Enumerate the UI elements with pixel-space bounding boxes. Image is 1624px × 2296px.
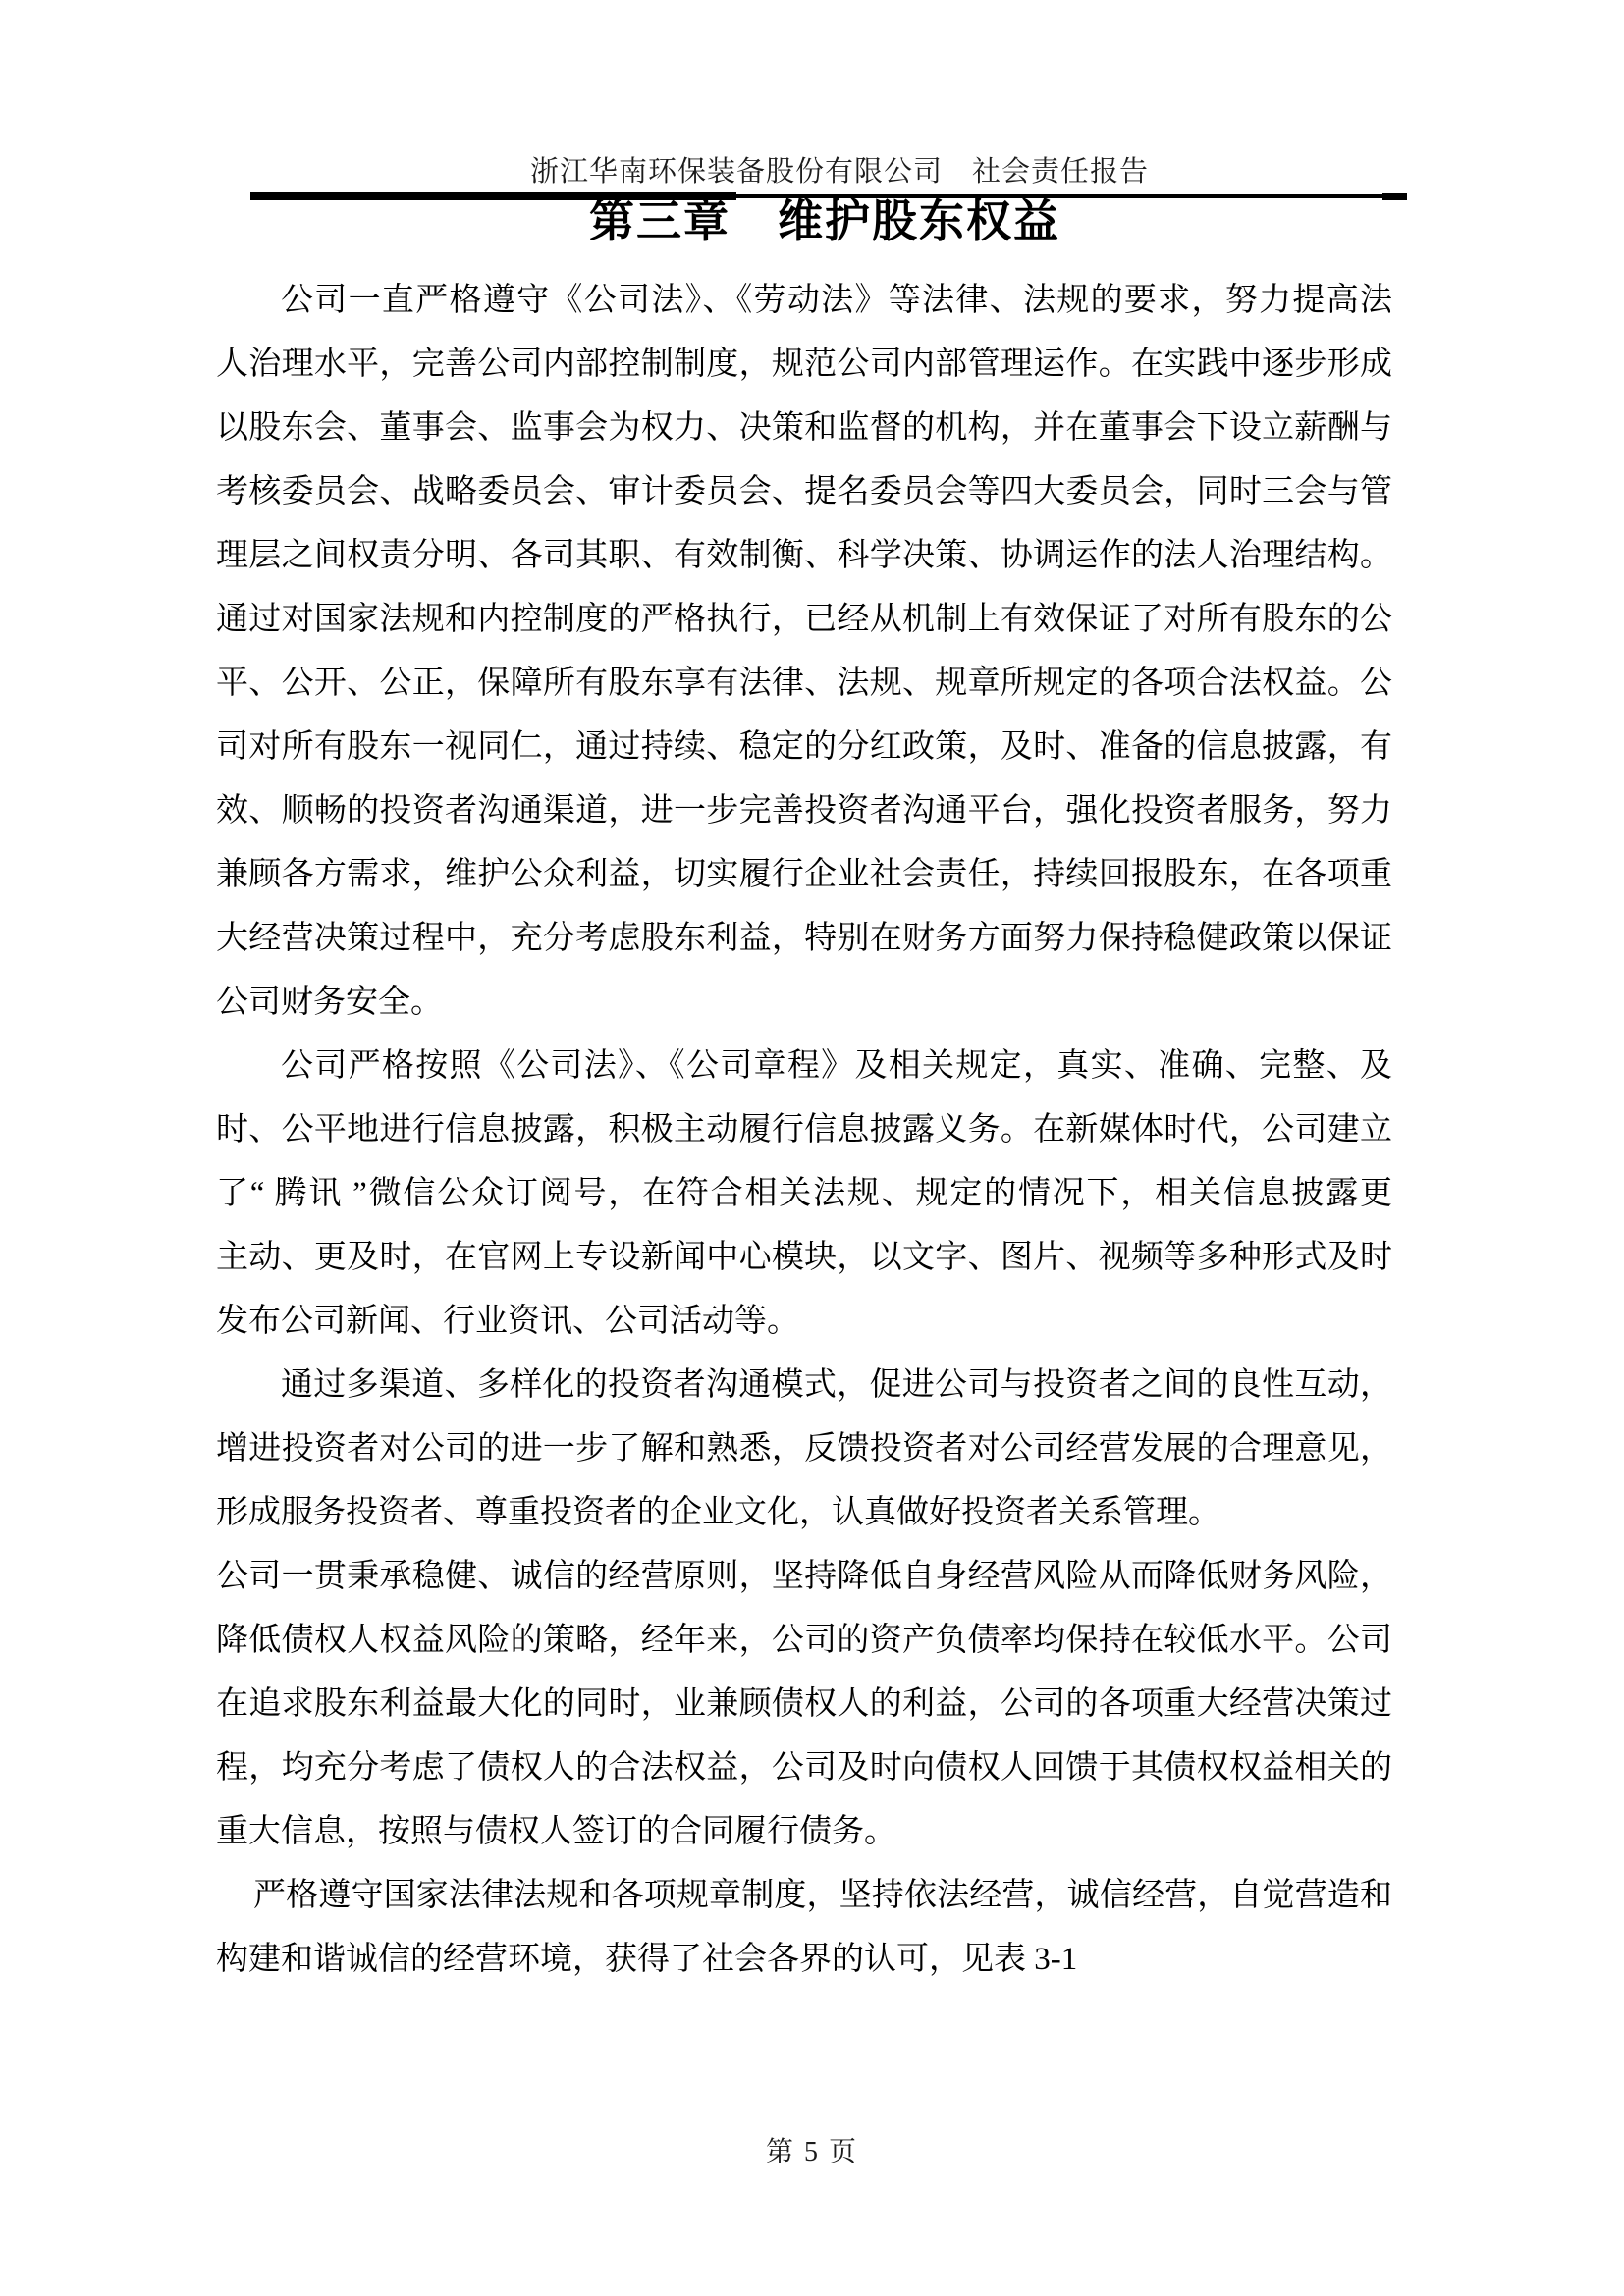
body-line: 在追求股东利益最大化的同时，业兼顾债权人的利益，公司的各项重大经营决策过 — [216, 1673, 1392, 1736]
body-line: 公司一直严格遵守《公司法》、《劳动法》等法律、法规的要求，努力提高法 — [216, 269, 1392, 333]
body-line: 平、公开、公正，保障所有股东享有法律、法规、规章所规定的各项合法权益。公 — [216, 652, 1392, 716]
body-line: 人治理水平，完善公司内部控制制度，规范公司内部管理运作。在实践中逐步形成 — [216, 333, 1392, 397]
body-line: 通过多渠道、多样化的投资者沟通模式，促进公司与投资者之间的良性互动， — [216, 1354, 1392, 1417]
body-line: 了“ 腾讯 ”微信公众订阅号，在符合相关法规、规定的情况下，相关信息披露更 — [216, 1162, 1392, 1226]
body-line: 时、公平地进行信息披露，积极主动履行信息披露义务。在新媒体时代，公司建立 — [216, 1098, 1392, 1162]
body-line: 效、顺畅的投资者沟通渠道，进一步完善投资者沟通平台，强化投资者服务，努力 — [216, 779, 1392, 843]
body-line: 理层之间权责分明、各司其职、有效制衡、科学决策、协调运作的法人治理结构。 — [216, 524, 1392, 588]
body-line: 公司一贯秉承稳健、诚信的经营原则，坚持降低自身经营风险从而降低财务风险， — [216, 1545, 1392, 1609]
body-line: 公司严格按照《公司法》、《公司章程》及相关规定，真实、准确、完整、及 — [216, 1035, 1392, 1098]
page-number: 第 5 页 — [0, 2136, 1624, 2169]
body-line: 司对所有股东一视同仁，通过持续、稳定的分红政策，及时、准备的信息披露，有 — [216, 716, 1392, 779]
body-line: 重大信息，按照与债权人签订的合同履行债务。 — [216, 1800, 1392, 1864]
body-line: 增进投资者对公司的进一步了解和熟悉，反馈投资者对公司经营发展的合理意见， — [216, 1417, 1392, 1481]
body-line: 严格遵守国家法律法规和各项规章制度，坚持依法经营，诚信经营，自觉营造和 — [216, 1864, 1392, 1928]
chapter-title: 第三章 维护股东权益 — [13, 196, 1624, 247]
body-lines: 公司一直严格遵守《公司法》、《劳动法》等法律、法规的要求，努力提高法人治理水平，… — [216, 269, 1392, 1992]
page-header: 浙江华南环保装备股份有限公司 社会责任报告 — [530, 155, 1149, 188]
body-line: 降低债权人权益风险的策略，经年来，公司的资产负债率均保持在较低水平。公司 — [216, 1609, 1392, 1673]
body-line: 通过对国家法规和内控制度的严格执行，已经从机制上有效保证了对所有股东的公 — [216, 588, 1392, 652]
body-line: 构建和谐诚信的经营环境，获得了社会各界的认可，见表 3-1 — [216, 1928, 1392, 1992]
body-line: 形成服务投资者、尊重投资者的企业文化，认真做好投资者关系管理。 — [216, 1481, 1392, 1545]
body-line: 主动、更及时，在官网上专设新闻中心模块，以文字、图片、视频等多种形式及时 — [216, 1226, 1392, 1290]
body-line: 考核委员会、战略委员会、审计委员会、提名委员会等四大委员会，同时三会与管 — [216, 460, 1392, 524]
body-line: 兼顾各方需求，维护公众利益，切实履行企业社会责任，持续回报股东，在各项重 — [216, 843, 1392, 907]
report-page: 浙江华南环保装备股份有限公司 社会责任报告 第三章 维护股东权益 公司一直严格遵… — [0, 0, 1624, 2296]
body-line: 程，均充分考虑了债权人的合法权益，公司及时向债权人回馈于其债权权益相关的 — [216, 1736, 1392, 1800]
body-line: 大经营决策过程中，充分考虑股东利益，特别在财务方面努力保持稳健政策以保证 — [216, 907, 1392, 971]
body-line: 公司财务安全。 — [216, 971, 1392, 1035]
body-line: 发布公司新闻、行业资讯、公司活动等。 — [216, 1290, 1392, 1354]
body-line: 以股东会、董事会、监事会为权力、决策和监督的机构，并在董事会下设立薪酬与 — [216, 397, 1392, 460]
